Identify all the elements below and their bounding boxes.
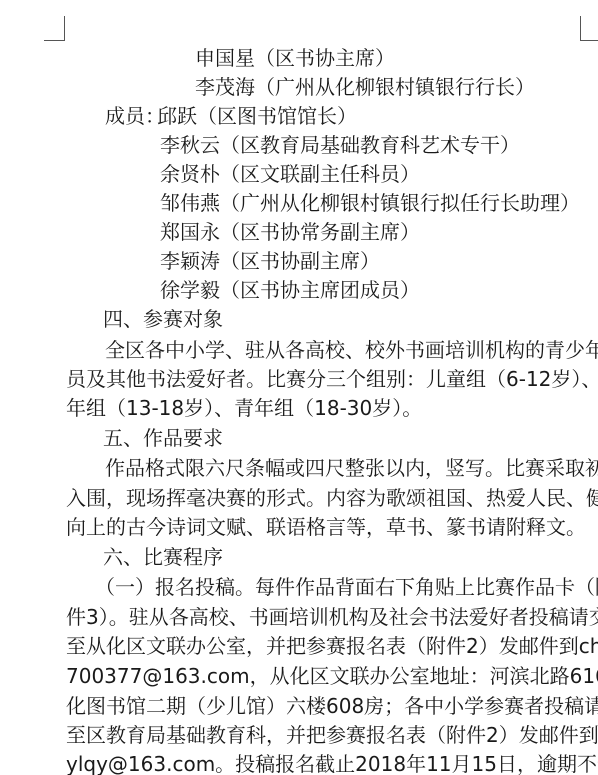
member-line: 邱跃（区图书馆馆长） bbox=[157, 102, 357, 131]
member-line: 李秋云（区教育局基础教育科艺术专干） bbox=[160, 131, 520, 160]
paragraph-line: 向上的古今诗词文赋、联语格言等，草书、篆书请附释文。 bbox=[66, 513, 586, 542]
paragraph-line: 700377@163.com，从化区文联办公室地址：河滨北路616号从 bbox=[66, 662, 598, 691]
paragraph-line: 员及其他书法爱好者。比赛分三个组别：儿童组（6-12岁）、少 bbox=[66, 365, 598, 394]
member-line: 郑国永（区书协常务副主席） bbox=[160, 218, 420, 247]
section-heading: 四、参赛对象 bbox=[103, 305, 223, 334]
member-line: 李颖涛（区书协副主席） bbox=[160, 247, 380, 276]
paragraph-line: ylqy@163.com。投稿报名截止2018年11月15日，逾期不予受 bbox=[66, 750, 598, 775]
vice-leader-line: 申国星（区书协主席） bbox=[195, 44, 395, 73]
paragraph-line: 至区教育局基础教育科，并把参赛报名表（附件2）发邮件到chj bbox=[66, 721, 598, 750]
member-line: 邹伟燕（广州从化柳银村镇银行拟任行长助理） bbox=[160, 189, 580, 218]
vice-leader-line: 李茂海（广州从化柳银村镇银行行长） bbox=[195, 73, 535, 102]
paragraph-line: 年组（13-18岁）、青年组（18-30岁）。 bbox=[66, 394, 422, 423]
page-corner-mark-right bbox=[580, 16, 598, 41]
paragraph-line: 作品格式限六尺条幅或四尺整张以内，竖写。比赛采取初评 bbox=[105, 454, 598, 483]
paragraph-line: 至从化区文联办公室，并把参赛报名表（附件2）发邮件到ch61 bbox=[66, 632, 598, 661]
members-label: 成员： bbox=[105, 102, 165, 131]
section-heading: 五、作品要求 bbox=[103, 424, 223, 453]
member-line: 余贤朴（区文联副主任科员） bbox=[160, 160, 420, 189]
member-line: 徐学毅（区书协主席团成员） bbox=[160, 276, 420, 305]
paragraph-line: 全区各中小学、驻从各高校、校外书画培训机构的青少年学 bbox=[105, 336, 598, 365]
paragraph-line: 件3）。驻从各高校、书画培训机构及社会书法爱好者投稿请交 bbox=[66, 603, 598, 632]
paragraph-line: （一）报名投稿。每件作品背面右下角贴上比赛作品卡（附 bbox=[95, 573, 598, 602]
section-heading: 六、比赛程序 bbox=[103, 543, 223, 572]
paragraph-line: 入围，现场挥毫决赛的形式。内容为歌颂祖国、热爱人民、健康 bbox=[66, 484, 598, 513]
page-corner-mark-left bbox=[44, 16, 65, 41]
paragraph-line: 化图书馆二期（少儿馆）六楼608房；各中小学参赛者投稿请交 bbox=[66, 692, 598, 721]
